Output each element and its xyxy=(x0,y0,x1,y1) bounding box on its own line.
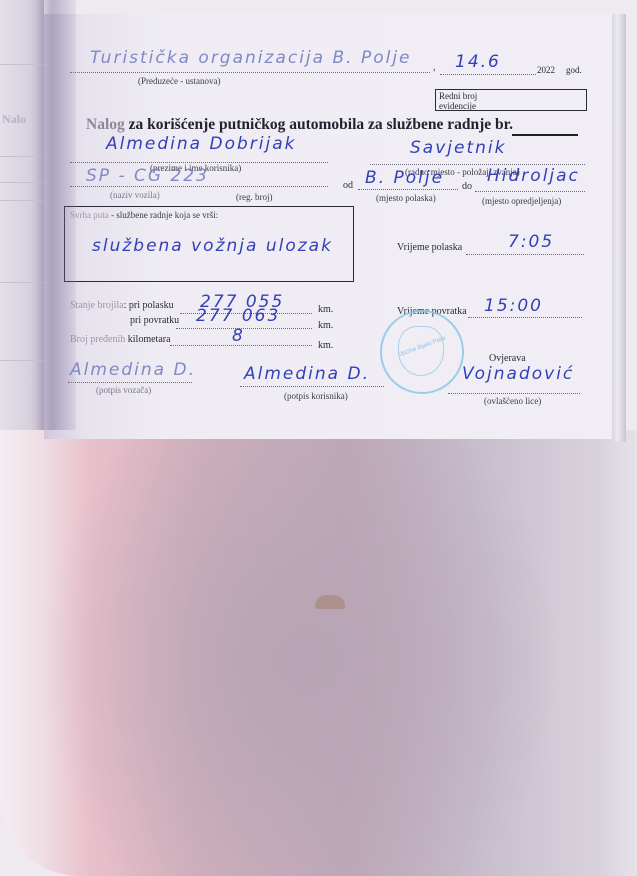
year-value: 2022 xyxy=(537,65,555,75)
user-name-value: Almedina Dobrijak xyxy=(106,134,296,154)
user-signature: Almedina D. xyxy=(244,364,370,384)
date-value: 14.6 xyxy=(455,52,501,72)
to-caption: (mjesto opredjeljenja) xyxy=(482,196,561,206)
from-value: B. Polje xyxy=(365,168,444,188)
reg-caption: (reg. broj) xyxy=(236,192,272,202)
purpose-value: službena vožnja ulozak xyxy=(92,236,333,256)
previous-page-title: Nalo xyxy=(2,112,26,127)
authorized-caption: (ovlašćeno lice) xyxy=(484,396,541,406)
record-number-box: Redni broj evidencije xyxy=(435,89,587,111)
to-label: do xyxy=(462,181,472,192)
from-caption: (mjesto polaska) xyxy=(376,193,436,203)
position-value: Savjetnik xyxy=(410,138,506,158)
odometer-end-label: pri povratku xyxy=(130,315,179,326)
organization-caption: (Preduzeće - ustanova) xyxy=(138,76,220,86)
driver-caption: (potpis vozača) xyxy=(96,385,151,395)
distance-value: 8 xyxy=(232,326,245,346)
odometer-start-label: Stanje brojila: pri polasku xyxy=(70,300,174,311)
smudge-mark xyxy=(315,595,345,609)
odometer-start-unit: km. xyxy=(318,304,333,315)
vehicle-value: SP - CG 223 xyxy=(86,166,209,186)
odometer-end-value: 277 063 xyxy=(196,306,280,326)
year-suffix: god. xyxy=(566,65,582,75)
organization-value: Turistička organizacija B. Polje xyxy=(90,48,412,68)
official-stamp: Općina Bijelo Polje xyxy=(380,310,464,394)
record-number-label-2: evidencije xyxy=(439,101,583,111)
driver-signature: Almedina D. xyxy=(70,360,196,380)
vehicle-caption: (naziv vozila) xyxy=(110,190,160,200)
form-title: Nalog za korišćenje putničkog automobila… xyxy=(86,116,513,134)
certify-label: Ovjerava xyxy=(489,353,526,364)
authorized-signature: Vojnadović xyxy=(462,364,574,384)
from-label: od xyxy=(343,180,353,191)
organization-line xyxy=(70,72,430,73)
user-caption: (potpis korisnika) xyxy=(284,391,348,401)
departure-label: Vrijeme polaska xyxy=(397,242,462,253)
return-value: 15:00 xyxy=(484,296,543,316)
order-number-blank xyxy=(512,134,578,136)
distance-unit: km. xyxy=(318,340,333,351)
purpose-label: Svrha puta - službene radnje koja se vrš… xyxy=(70,210,218,220)
date-line xyxy=(440,74,536,75)
scanner-background xyxy=(0,430,637,876)
page-fold-shadow xyxy=(36,0,76,430)
sheet-edge xyxy=(612,14,626,442)
to-value: Hidroljac xyxy=(487,166,580,186)
distance-label: Broj pređenih kilometara xyxy=(70,334,171,345)
record-number-label: Redni broj xyxy=(439,91,583,101)
departure-value: 7:05 xyxy=(508,232,554,252)
odometer-end-unit: km. xyxy=(318,320,333,331)
